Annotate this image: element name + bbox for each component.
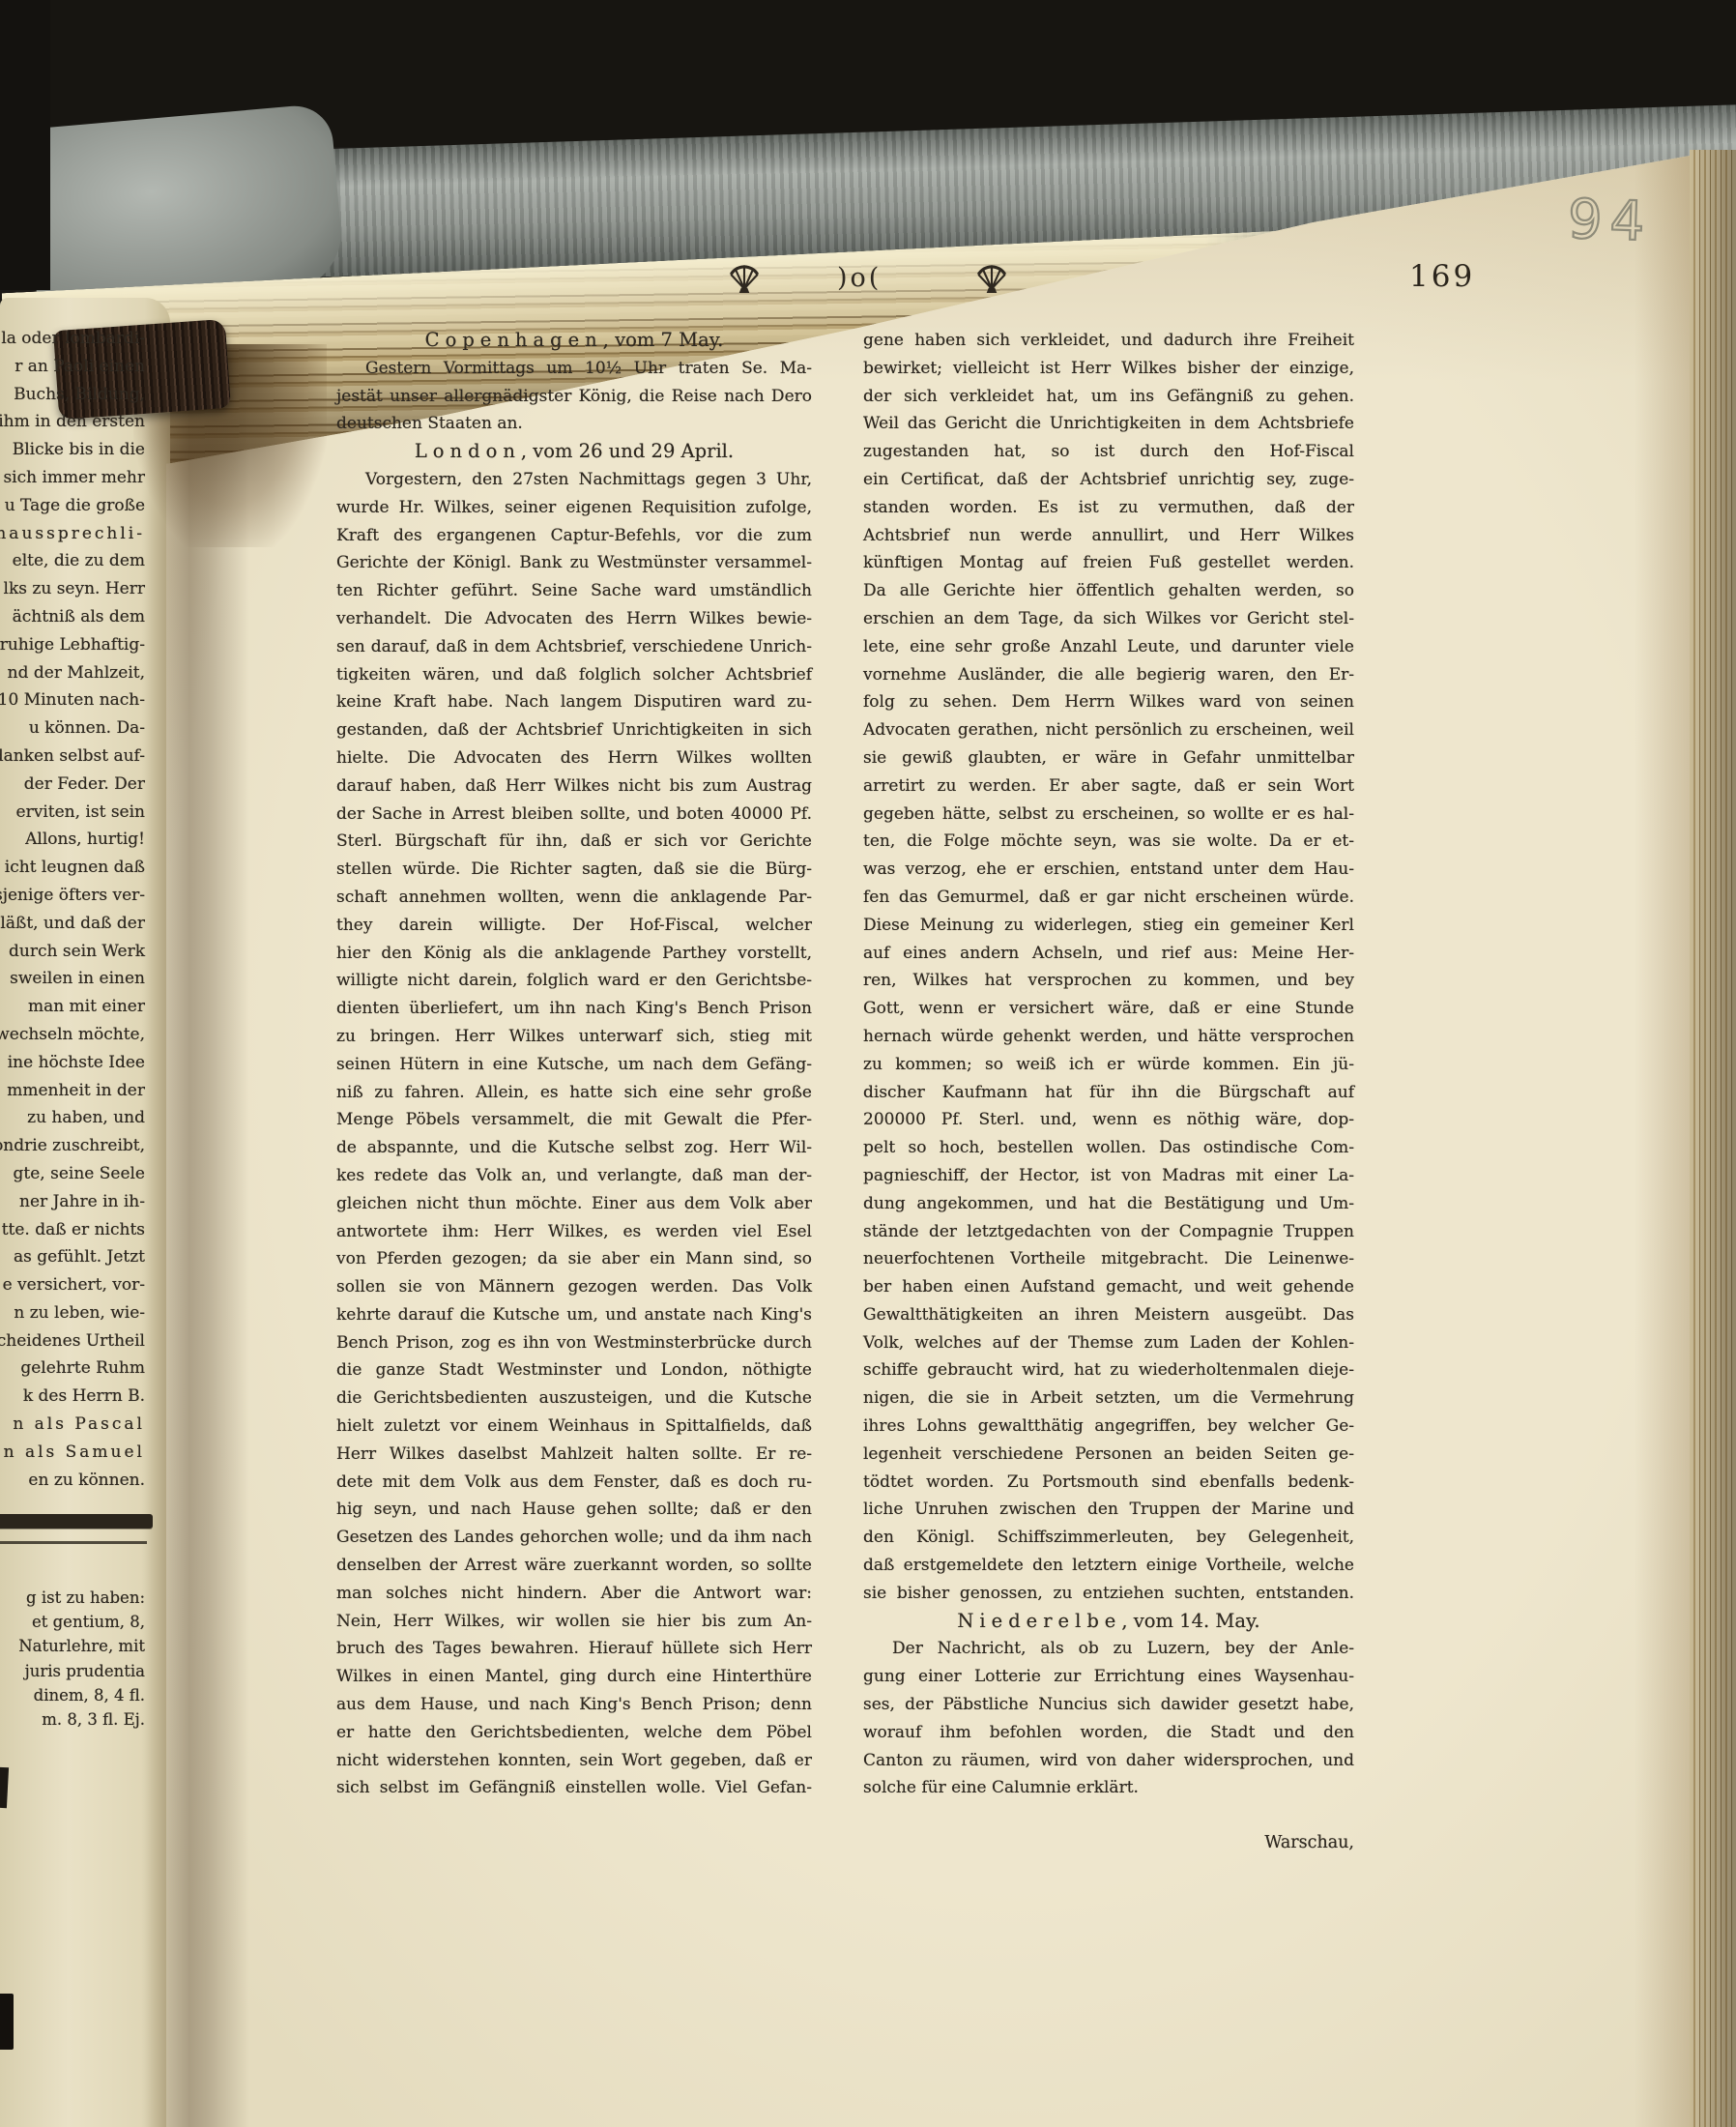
text-line: n als Samuel bbox=[0, 1439, 145, 1467]
text-line: ihres Lohns gewaltthätig angegriffen, be… bbox=[863, 1413, 1354, 1441]
text-line: Nein, Herr Wilkes, wir wollen sie hier b… bbox=[336, 1608, 812, 1636]
text-line: denselben der Arrest wäre zuerkannt word… bbox=[336, 1552, 812, 1580]
text-line: vornehme Ausländer, die alle begierig wa… bbox=[863, 661, 1354, 689]
text-line: erschien an dem Tage, da sich Wilkes vor… bbox=[863, 605, 1354, 633]
text-line: arretirt zu werden. Er aber sagte, daß e… bbox=[863, 772, 1354, 801]
text-line: de abspannte, und die Kutsche selbst zog… bbox=[336, 1134, 812, 1162]
text-line: liche Unruhen zwischen den Truppen der M… bbox=[863, 1496, 1354, 1524]
text-line: Menge Pöbels versammelt, die mit Gewalt … bbox=[336, 1106, 812, 1134]
text-line: er hatte den Gerichtsbedienten, welche d… bbox=[336, 1719, 812, 1747]
text-line: Advocaten gerathen, nicht persönlich zu … bbox=[863, 716, 1354, 744]
text-line: tte. daß er nichts bbox=[0, 1216, 145, 1244]
text-line: m. 8, 3 fl. Ej. bbox=[0, 1707, 145, 1732]
text-line: r an Paoli einen bbox=[0, 353, 145, 381]
heading-date: , vom 7 May. bbox=[603, 329, 724, 351]
text-line: pelt so hoch, bestellen wollen. Das osti… bbox=[863, 1134, 1354, 1162]
text-line: nd der Mahlzeit, bbox=[0, 659, 145, 687]
text-line: sich selbst im Gefängniß einstellen woll… bbox=[336, 1774, 812, 1802]
text-line: Volk, welches auf der Themse zum Laden d… bbox=[863, 1329, 1354, 1357]
text-line: jestät unser allergnädigster König, die … bbox=[336, 383, 812, 411]
text-line: discher Kaufmann hat für ihn die Bürgsch… bbox=[863, 1079, 1354, 1107]
text-line: Gerichte der Königl. Bank zu Westmünster… bbox=[336, 549, 812, 577]
text-line: willigte nicht darein, folglich ward er … bbox=[336, 967, 812, 995]
text-line: la oder lombardi- bbox=[0, 325, 145, 353]
text-line: worauf ihm befohlen worden, die Stadt un… bbox=[863, 1719, 1354, 1747]
text-line: gung einer Lotterie zur Errichtung eines… bbox=[863, 1663, 1354, 1691]
text-line: ein Certificat, daß der Achtsbrief unric… bbox=[863, 466, 1354, 494]
text-line: ses, der Päbstliche Nuncius sich dawider… bbox=[863, 1691, 1354, 1719]
text-line: Wilkes in einen Mantel, ging durch eine … bbox=[336, 1663, 812, 1691]
text-line: der Feder. Der bbox=[0, 771, 145, 799]
text-line: gegeben hätte, selbst zu erscheinen, so … bbox=[863, 801, 1354, 829]
text-line: bewirket; vielleicht ist Herr Wilkes bis… bbox=[863, 355, 1354, 383]
text-line: they darein willigte. Der Hof-Fiscal, we… bbox=[336, 912, 812, 940]
heading-place: Niederelbe bbox=[957, 1610, 1121, 1632]
text-line: antwortete ihm: Herr Wilkes, es werden v… bbox=[336, 1218, 812, 1246]
text-line: schiffe gebraucht wird, hat zu wiederhol… bbox=[863, 1356, 1354, 1384]
text-line: bruch des Tages bewahren. Hierauf hüllet… bbox=[336, 1635, 812, 1663]
text-line: sie bisher genossen, zu entziehen suchte… bbox=[863, 1580, 1354, 1608]
text-line: Da alle Gerichte hier öffentlich gehalte… bbox=[863, 577, 1354, 605]
cover-edge bbox=[0, 0, 50, 290]
text-line: dung angekommen, und hat die Bestätigung… bbox=[863, 1190, 1354, 1218]
text-line: sollen sie von Männern gezogen werden. D… bbox=[336, 1273, 812, 1301]
text-line: die ganze Stadt Westminster und London, … bbox=[336, 1356, 812, 1384]
text-line: Der Nachricht, als ob zu Luzern, bey der… bbox=[863, 1635, 1354, 1663]
text-line: gleichen nicht thun möchte. Einer aus de… bbox=[336, 1190, 812, 1218]
text-line: Bench Prison, zog es ihn von Westminster… bbox=[336, 1329, 812, 1357]
text-line: Achtsbrief nun werde annullirt, und Herr… bbox=[863, 522, 1354, 550]
text-line: Blicke bis in die bbox=[0, 436, 145, 464]
scanned-book-page: )o( 169 94 Copenhagen, vom 7 May.Gestern… bbox=[0, 0, 1736, 2127]
text-line: Naturlehre, mit bbox=[0, 1634, 145, 1658]
text-line: hernach würde gehenkt werden, und hätte … bbox=[863, 1023, 1354, 1051]
text-line: ner Jahre in ih- bbox=[0, 1188, 145, 1216]
page-number: 169 bbox=[1409, 259, 1475, 294]
text-line: künftigen Montag auf freien Fuß gestelle… bbox=[863, 549, 1354, 577]
text-line: darauf haben, daß Herr Wilkes nicht bis … bbox=[336, 772, 812, 801]
text-line: man mit einer bbox=[0, 993, 145, 1021]
text-line: hig seyn, und nach Hause gehen sollte; d… bbox=[336, 1496, 812, 1524]
previous-page-fragment: la oder lombardi-r an Paoli einenBuchs, … bbox=[0, 325, 145, 1494]
text-line: ihm in den ersten bbox=[0, 408, 145, 436]
text-line: zugestanden hat, so ist durch den Hof-Fi… bbox=[863, 438, 1354, 466]
text-line: gte, seine Seele bbox=[0, 1160, 145, 1188]
text-line: die Gerichtsbedienten auszusteigen, und … bbox=[336, 1384, 812, 1413]
text-line: sen darauf, daß in dem Achtsbrief, versc… bbox=[336, 633, 812, 661]
text-line: n zu leben, wie- bbox=[0, 1299, 145, 1327]
text-line: Copenhagen, vom 7 May. bbox=[336, 327, 812, 355]
text-line: aus dem Hause, und nach King's Bench Pri… bbox=[336, 1691, 812, 1719]
text-line: lks zu seyn. Herr bbox=[0, 575, 145, 603]
text-line: was verzog, ehe er erschien, entstand un… bbox=[863, 856, 1354, 884]
text-line: durch sein Werk bbox=[0, 938, 145, 966]
text-line: gelehrte Ruhm bbox=[0, 1355, 145, 1383]
text-line: daß erstgemeldete den letztern einige Vo… bbox=[863, 1552, 1354, 1580]
shell-ornament-icon bbox=[974, 259, 1009, 294]
text-line: scheidenes Urtheil bbox=[0, 1327, 145, 1355]
text-line: Canton zu räumen, wird von daher widersp… bbox=[863, 1747, 1354, 1775]
fore-edge-page-stack bbox=[1690, 150, 1736, 2127]
text-line: sjenige öfters ver- bbox=[0, 882, 145, 910]
text-line: stände der letztgedachten von der Compag… bbox=[863, 1218, 1354, 1246]
text-line: Buchs, Bildung, bbox=[0, 381, 145, 409]
text-line: dienten überliefert, um ihn nach King's … bbox=[336, 995, 812, 1023]
text-line: Allons, hurtig! bbox=[0, 826, 145, 854]
text-line: lete, eine sehr große Anzahl Leute, und … bbox=[863, 633, 1354, 661]
text-line: kes redete das Volk an, und verlangte, d… bbox=[336, 1162, 812, 1190]
text-line: u Tage die große bbox=[0, 492, 145, 520]
heading-date: , vom 14. May. bbox=[1121, 1610, 1259, 1632]
gutter-shadow bbox=[141, 348, 249, 2127]
text-line: as gefühlt. Jetzt bbox=[0, 1243, 145, 1271]
text-line: sie gewiß glaubten, er wäre in Gefahr un… bbox=[863, 744, 1354, 772]
text-line: Gott, wenn er versichert wäre, daß er ei… bbox=[863, 995, 1354, 1023]
text-line: gene haben sich verkleidet, und dadurch … bbox=[863, 327, 1354, 355]
text-line: 200000 Pf. Sterl. und, wenn es nöthig wä… bbox=[863, 1106, 1354, 1134]
text-line: ine höchste Idee bbox=[0, 1049, 145, 1077]
text-line: hier den König als die anklagende Parthe… bbox=[336, 940, 812, 968]
text-line: keine Kraft habe. Nach langem Disputiren… bbox=[336, 688, 812, 716]
text-line: folg zu sehen. Dem Herrn Wilkes ward von… bbox=[863, 688, 1354, 716]
text-line: ren, Wilkes hat versprochen zu kommen, u… bbox=[863, 967, 1354, 995]
text-line: läßt, und daß der bbox=[0, 910, 145, 938]
text-line: wurde Hr. Wilkes, seiner eigenen Requisi… bbox=[336, 494, 812, 522]
ornament-rule-thin bbox=[0, 1541, 147, 1544]
text-line: tigkeiten wären, und daß folglich solche… bbox=[336, 661, 812, 689]
text-line: tödtet worden. Zu Portsmouth sind ebenfa… bbox=[863, 1469, 1354, 1497]
text-line: g ist zu haben: bbox=[0, 1586, 145, 1610]
text-line: standen worden. Es ist zu vermuthen, daß… bbox=[863, 494, 1354, 522]
text-line: deutschen Staaten an. bbox=[336, 410, 812, 438]
text-line: solche für eine Calumnie erklärt. bbox=[863, 1774, 1354, 1802]
text-line: juris prudentia bbox=[0, 1659, 145, 1683]
text-line: ondrie zuschreibt, bbox=[0, 1132, 145, 1160]
text-line: Sterl. Bürgschaft für ihn, daß er sich v… bbox=[336, 828, 812, 856]
previous-page-fragment-bottom: g ist zu haben:et gentium, 8,Naturlehre,… bbox=[0, 1586, 145, 1732]
text-line: Gestern Vormittags um 10½ Uhr traten Se.… bbox=[336, 355, 812, 383]
text-line: erviten, ist sein bbox=[0, 799, 145, 827]
text-line: Diese Meinung zu widerlegen, stieg ein g… bbox=[863, 912, 1354, 940]
text-line: e versichert, vor- bbox=[0, 1271, 145, 1299]
text-line: ten, die Folge möchte seyn, was sie wolt… bbox=[863, 828, 1354, 856]
text-line: von Pferden gezogen; da sie aber ein Man… bbox=[336, 1245, 812, 1273]
text-line: icht leugnen daß bbox=[0, 854, 145, 882]
heading-date: , vom 26 und 29 April. bbox=[521, 440, 734, 462]
text-line: Kraft des ergangenen Captur-Befehls, vor… bbox=[336, 522, 812, 550]
text-line: man solches nicht hindern. Aber die Antw… bbox=[336, 1580, 812, 1608]
right-text-column: gene haben sich verkleidet, und dadurch … bbox=[863, 327, 1354, 1802]
text-line: wechseln möchte, bbox=[0, 1021, 145, 1049]
text-line: der Sache in Arrest bleiben sollte, und … bbox=[336, 801, 812, 829]
shell-ornament-icon bbox=[727, 259, 762, 294]
heading-place: Copenhagen bbox=[425, 329, 603, 351]
left-text-column: Copenhagen, vom 7 May.Gestern Vormittags… bbox=[336, 327, 812, 1802]
text-line: nicht widerstehen konnten, sein Wort geg… bbox=[336, 1747, 812, 1775]
text-line: hielte. Die Advocaten des Herrn Wilkes w… bbox=[336, 744, 812, 772]
text-line: kehrte darauf die Kutsche um, und anstat… bbox=[336, 1301, 812, 1329]
text-line: niß zu fahren. Allein, es hatte sich ein… bbox=[336, 1079, 812, 1107]
text-line: n als Pascal bbox=[0, 1411, 145, 1439]
text-line: pagnieschiff, der Hector, ist von Madras… bbox=[863, 1162, 1354, 1190]
text-line: Niederelbe, vom 14. May. bbox=[863, 1608, 1354, 1636]
folio-stamp: 94 bbox=[1567, 188, 1653, 253]
text-line: et gentium, 8, bbox=[0, 1610, 145, 1634]
text-line: Gewaltthätigkeiten an ihren Meistern aus… bbox=[863, 1301, 1354, 1329]
text-line: dinem, 8, 4 fl. bbox=[0, 1683, 145, 1707]
text-line: ber haben einen Aufstand gemacht, und we… bbox=[863, 1273, 1354, 1301]
text-line: stellen würde. Die Richter sagten, daß s… bbox=[336, 856, 812, 884]
edge-mark-bottom bbox=[0, 1994, 14, 2050]
text-line: ruhige Lebhaftig- bbox=[0, 631, 145, 659]
heading-place: London bbox=[415, 440, 521, 462]
text-line: dete mit dem Volk aus dem Fenster, daß e… bbox=[336, 1469, 812, 1497]
text-line: unaussprechli- bbox=[0, 520, 145, 548]
text-line: elte, die zu dem bbox=[0, 547, 145, 575]
text-line: ächtniß als dem bbox=[0, 603, 145, 631]
text-line: Vorgestern, den 27sten Nachmittags gegen… bbox=[336, 466, 812, 494]
text-line: mmenheit in der bbox=[0, 1077, 145, 1105]
text-line: schaft annehmen wollten, wenn die anklag… bbox=[336, 884, 812, 912]
text-line: 10 Minuten nach- bbox=[0, 686, 145, 714]
text-line: u können. Da- bbox=[0, 714, 145, 743]
text-line: neuerfochtenen Vortheile mitgebracht. Di… bbox=[863, 1245, 1354, 1273]
text-line: seinen Hütern in eine Kutsche, um nach d… bbox=[336, 1051, 812, 1079]
text-line: legenheit verschiedene Personen an beide… bbox=[863, 1441, 1354, 1469]
text-line: Weil das Gericht die Unrichtigkeiten in … bbox=[863, 410, 1354, 438]
text-line: zu haben, und bbox=[0, 1104, 145, 1132]
catchword: Warschau, bbox=[863, 1833, 1354, 1852]
text-line: ten Richter geführt. Seine Sache ward um… bbox=[336, 577, 812, 605]
text-line: zu kommen; so weiß ich er würde kommen. … bbox=[863, 1051, 1354, 1079]
text-line: sich immer mehr bbox=[0, 464, 145, 492]
text-line: verhandelt. Die Advocaten des Herrn Wilk… bbox=[336, 605, 812, 633]
text-line: zu bringen. Herr Wilkes unterwarf sich, … bbox=[336, 1023, 812, 1051]
text-line: den Königl. Schiffszimmerleuten, bey Gel… bbox=[863, 1524, 1354, 1552]
text-line: London, vom 26 und 29 April. bbox=[336, 438, 812, 466]
text-line: auf eines andern Achseln, und rief aus: … bbox=[863, 940, 1354, 968]
text-line: Herr Wilkes daselbst Mahlzeit halten sol… bbox=[336, 1441, 812, 1469]
text-line: der sich verkleidet hat, um ins Gefängni… bbox=[863, 383, 1354, 411]
text-line: nigen, die sie in Arbeit setzten, um die… bbox=[863, 1384, 1354, 1413]
text-line: edanken selbst auf- bbox=[0, 743, 145, 771]
text-line: gestanden, daß der Achtsbrief Unrichtigk… bbox=[336, 716, 812, 744]
text-line: hielt zuletzt vor einem Weinhaus in Spit… bbox=[336, 1413, 812, 1441]
header-divider: )o( bbox=[837, 263, 882, 293]
text-line: en zu können. bbox=[0, 1467, 145, 1495]
text-line: fen das Gemurmel, daß er gar nicht ersch… bbox=[863, 884, 1354, 912]
text-line: sweilen in einen bbox=[0, 965, 145, 993]
text-line: k des Herrn B. bbox=[0, 1383, 145, 1411]
text-line: Gesetzen des Landes gehorchen wolle; und… bbox=[336, 1524, 812, 1552]
ornament-rule-thick bbox=[0, 1514, 153, 1529]
